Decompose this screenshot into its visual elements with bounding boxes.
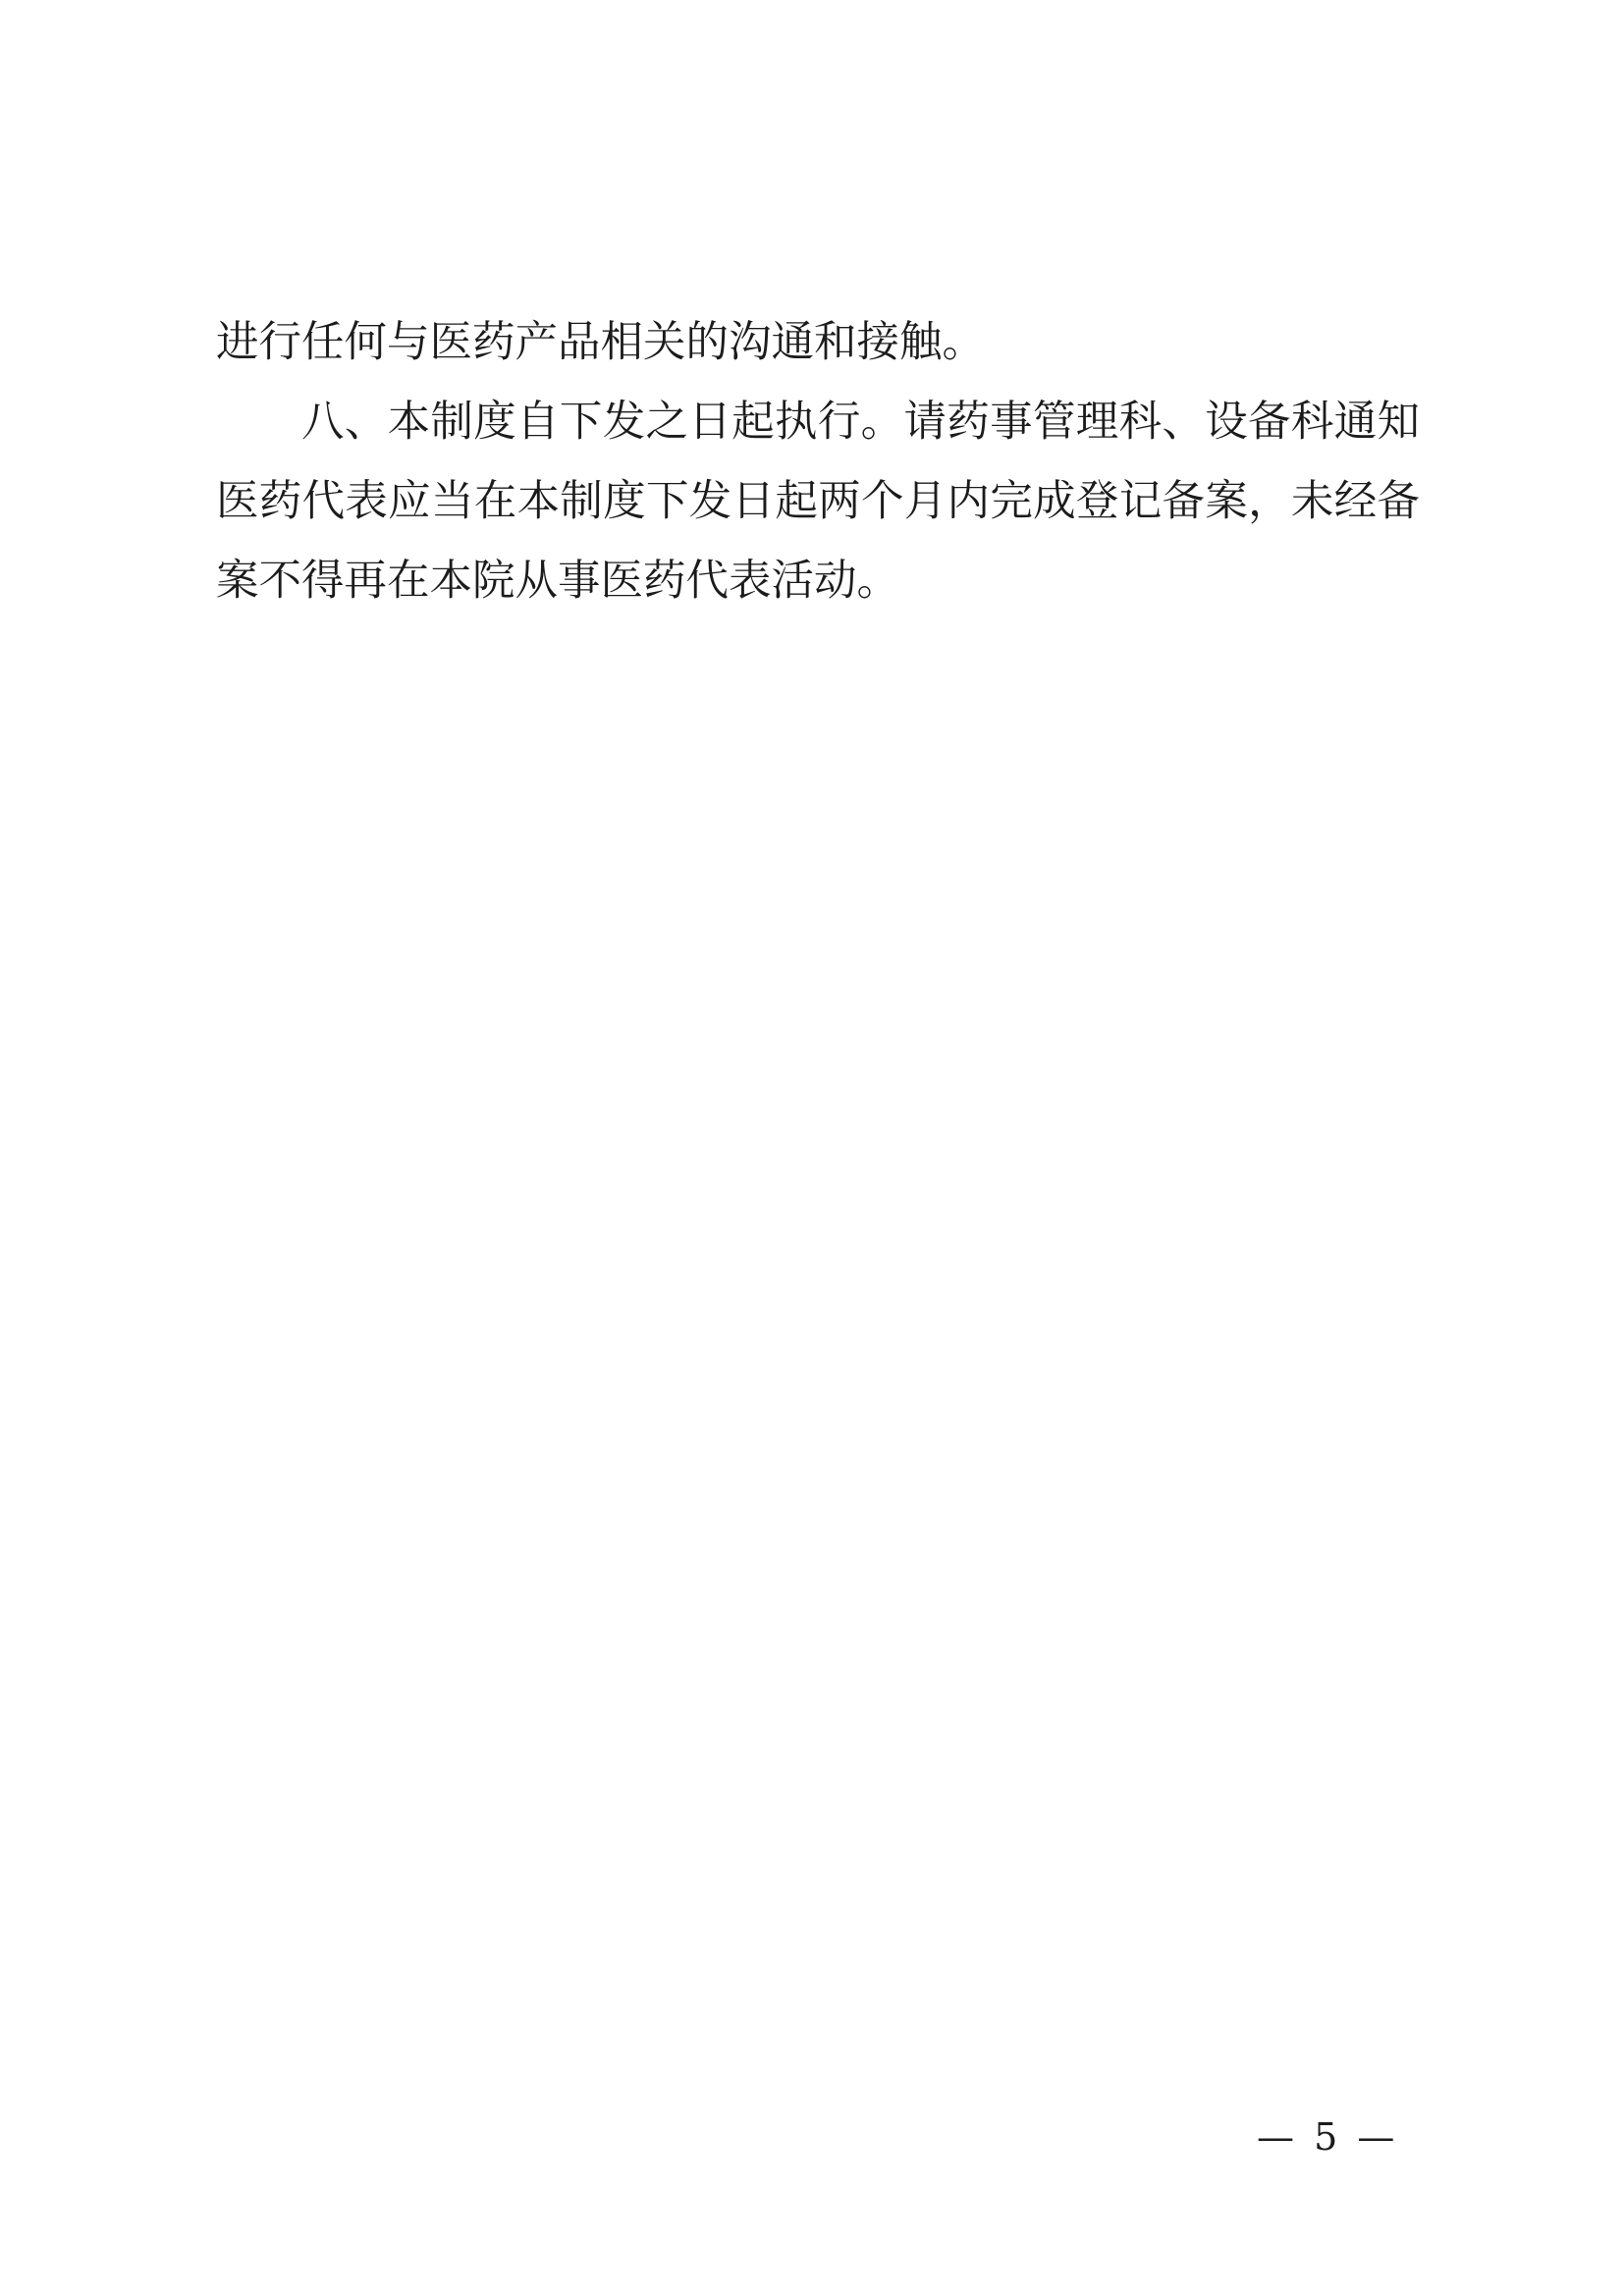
document-body: 进行任何与医药产品相关的沟通和接触。 八、本制度自下发之日起执行。请药事管理科、… <box>216 303 1420 621</box>
paragraph-continuation: 进行任何与医药产品相关的沟通和接触。 <box>216 303 1420 383</box>
paragraph-item-8: 八、本制度自下发之日起执行。请药事管理科、设备科通知医药代表应当在本制度下发日起… <box>216 383 1420 621</box>
document-page: { "page": { "background_color": "#ffffff… <box>0 0 1624 2296</box>
page-number: — 5 — <box>1257 2114 1398 2160</box>
